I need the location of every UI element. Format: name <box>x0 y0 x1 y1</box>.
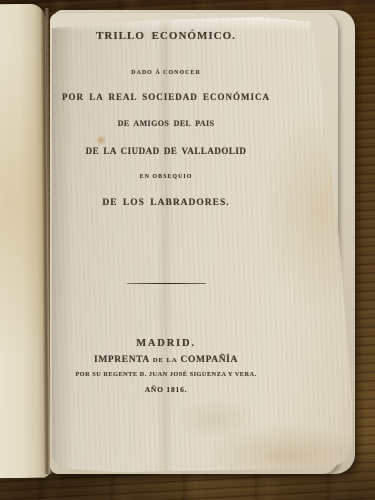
imprint-press: IMPRENTADE LACOMPAÑÍA <box>50 355 282 365</box>
subtitle-line-6: DE LOS LABRADORES. <box>50 198 282 208</box>
subtitle-line-2: POR LA REAL SOCIEDAD ECONÓMICA <box>50 92 282 102</box>
subtitle-line-3: DE AMIGOS DEL PAIS <box>50 119 282 128</box>
divider-rule <box>127 283 206 284</box>
imprint-year: AÑO 1816. <box>50 385 282 394</box>
imprint-press-name: IMPRENTA <box>94 355 150 365</box>
subtitle-line-5: EN OBSEQUIO <box>50 174 282 180</box>
imprint-regent: POR SU REGENTE D. JUAN JOSÉ SIGUENZA Y V… <box>50 371 282 378</box>
book-photo: TRILLO ECONÓMICO. DADO Á CONOCER POR LA … <box>0 0 375 500</box>
imprint-press-connector: DE LA <box>150 357 181 364</box>
imprint-press-company: COMPAÑÍA <box>181 355 238 365</box>
subtitle-line-1: DADO Á CONOCER <box>50 70 282 76</box>
imprint-city: MADRID. <box>50 338 282 349</box>
title-page-text: TRILLO ECONÓMICO. DADO Á CONOCER POR LA … <box>50 0 282 500</box>
subtitle-line-4: DE LA CIUDAD DE VALLADOLID <box>50 146 282 156</box>
book-title: TRILLO ECONÓMICO. <box>50 30 282 42</box>
